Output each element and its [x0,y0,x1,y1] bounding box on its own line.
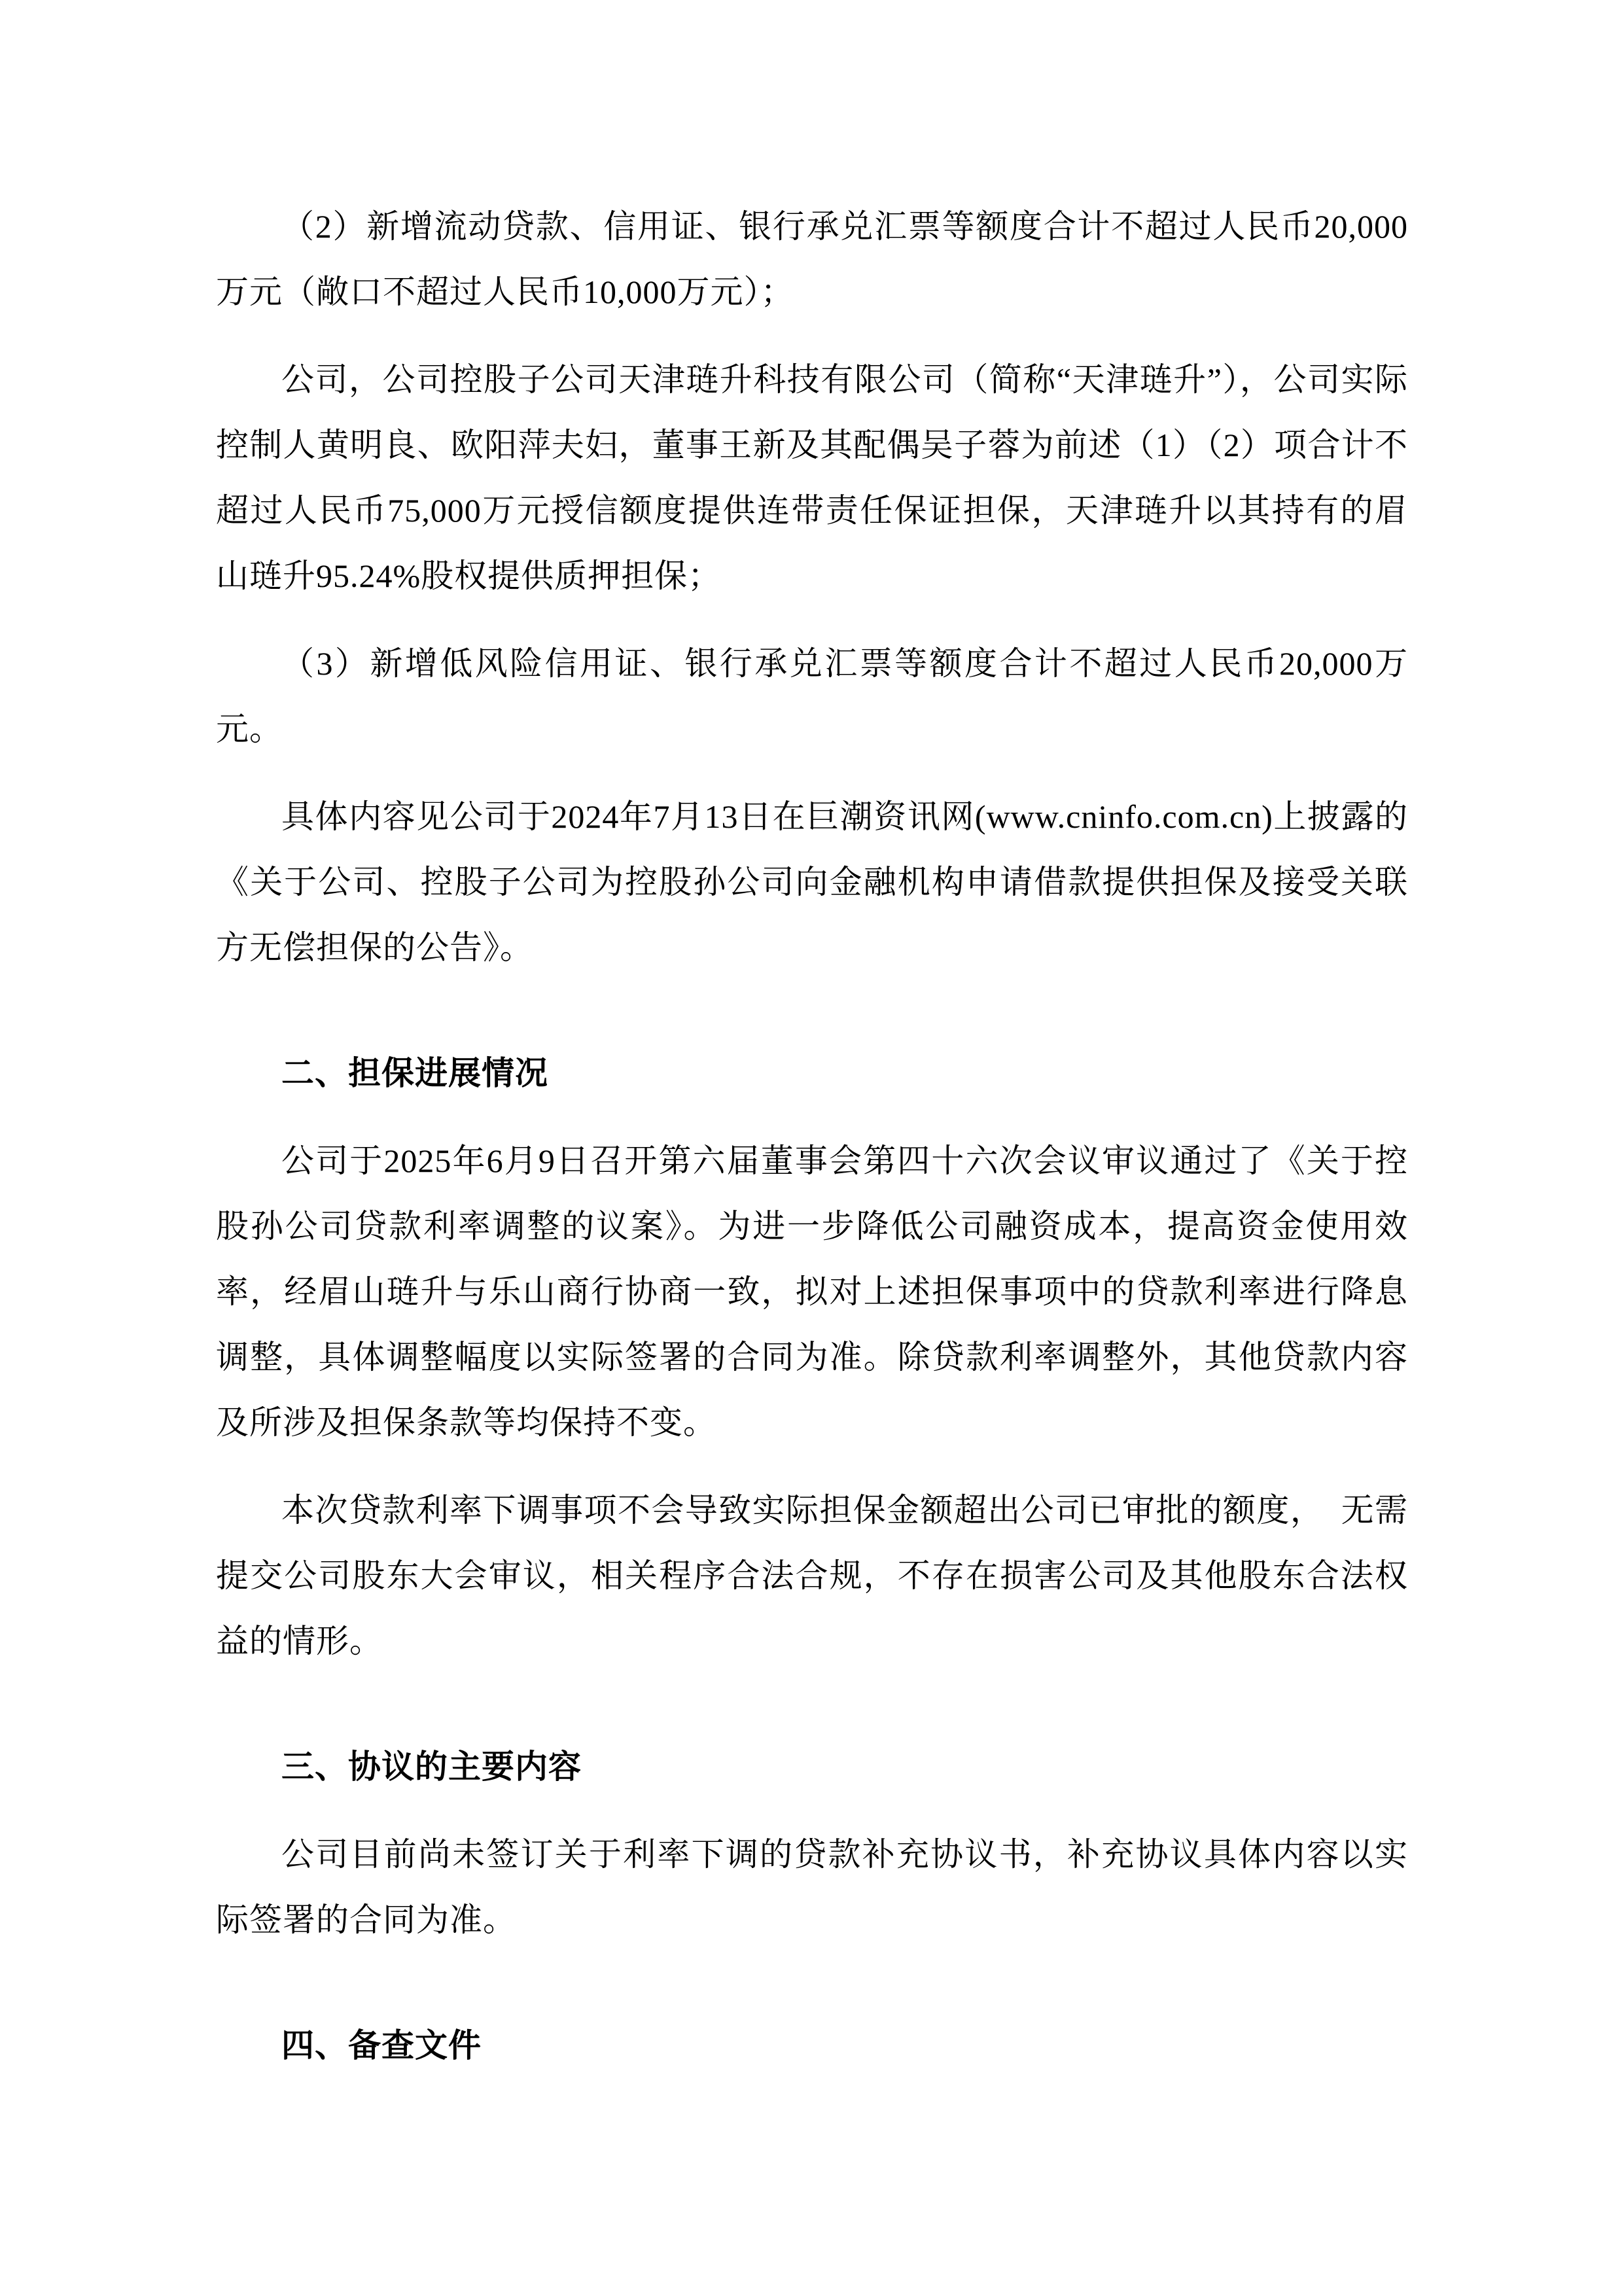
paragraph-guarantors-detail: 公司，公司控股子公司天津琏升科技有限公司（简称“天津琏升”），公司实际控制人黄明… [216,347,1408,609]
section-heading-agreement-main-content: 三、协议的主要内容 [216,1734,1408,1799]
document-body: （2）新增流动贷款、信用证、银行承兑汇票等额度合计不超过人民币20,000万元（… [216,194,1408,2078]
section-heading-guarantee-progress: 二、担保进展情况 [216,1040,1408,1106]
paragraph-no-shareholder-approval-needed: 本次贷款利率下调事项不会导致实际担保金额超出公司已审批的额度， 无需提交公司股东… [216,1477,1408,1674]
paragraph-supplementary-agreement-status: 公司目前尚未签订关于利率下调的贷款补充协议书，补充协议具体内容以实际签署的合同为… [216,1822,1408,1952]
announcement-page: （2）新增流动贷款、信用证、银行承兑汇票等额度合计不超过人民币20,000万元（… [0,0,1624,2296]
paragraph-item-3-low-risk-credit: （3）新增低风险信用证、银行承兑汇票等额度合计不超过人民币20,000万元。 [216,631,1408,762]
paragraph-board-resolution: 公司于2025年6月9日召开第六届董事会第四十六次会议审议通过了《关于控股孙公司… [216,1128,1408,1455]
paragraph-item-2-new-loans: （2）新增流动贷款、信用证、银行承兑汇票等额度合计不超过人民币20,000万元（… [216,194,1408,325]
section-heading-documents-for-reference: 四、备查文件 [216,2013,1408,2078]
paragraph-disclosure-reference: 具体内容见公司于2024年7月13日在巨潮资讯网(www.cninfo.com.… [216,784,1408,980]
